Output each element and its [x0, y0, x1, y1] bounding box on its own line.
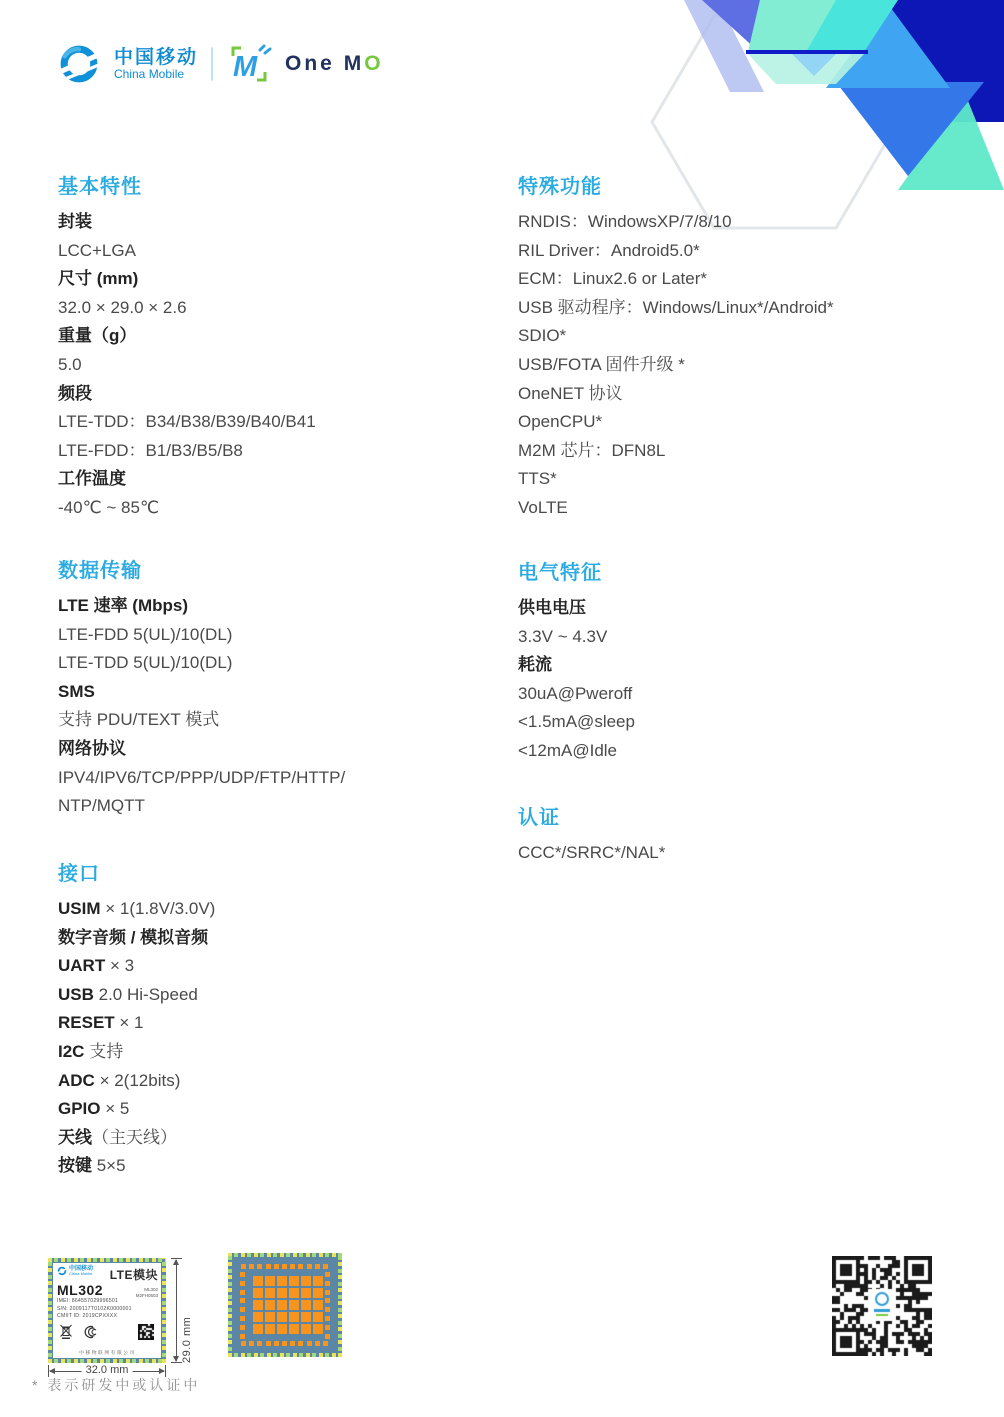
section-items: USIM × 1(1.8V/3.0V)数字音频 / 模拟音频UART × 3US… [58, 895, 503, 1181]
spec-line: -40℃ ~ 85℃ [58, 494, 503, 523]
lga-pad [301, 1312, 311, 1322]
spec-line: <1.5mA@sleep [518, 708, 963, 737]
lga-pad [277, 1300, 287, 1310]
lga-pad [277, 1276, 287, 1286]
lga-pad [249, 1341, 254, 1346]
section-special-functions: 特殊功能 RNDIS：WindowsXP/7/8/10RIL Driver：An… [518, 170, 963, 523]
lga-pad [277, 1288, 287, 1298]
module-brand: 中国移动 China Mobile [57, 1266, 93, 1276]
lga-pad [315, 1264, 320, 1269]
spec-line: RNDIS：WindowsXP/7/8/10 [518, 208, 963, 237]
spec-line: <12mA@Idle [518, 737, 963, 766]
section-title: 基本特性 [58, 170, 503, 199]
spec-line: 3.3V ~ 4.3V [518, 623, 963, 652]
lga-pad [257, 1264, 262, 1269]
lga-pad [313, 1324, 323, 1334]
section-electrical: 电气特征 供电电压3.3V ~ 4.3V耗流30uA@Pweroff<1.5mA… [518, 556, 963, 766]
brand-divider [211, 47, 213, 81]
lga-pad [274, 1341, 279, 1346]
section-title: 特殊功能 [518, 170, 963, 199]
spec-line: 封装 [58, 208, 503, 237]
footnote: * 表示研发中或认证中 [32, 1375, 200, 1395]
spec-line: RIL Driver：Android5.0* [518, 237, 963, 266]
spec-line: GPIO × 5 [58, 1095, 503, 1124]
lga-pad [307, 1264, 312, 1269]
lga-pad [307, 1341, 312, 1346]
spec-line: LTE-TDD 5(UL)/10(DL) [58, 649, 503, 678]
spec-line: 耗流 [518, 651, 963, 680]
datasheet-page: { "colors":{ "accent":"#29ABE2","ink":"#… [0, 0, 1004, 1417]
module-back-view [228, 1253, 342, 1357]
section-items: LTE 速率 (Mbps)LTE-FDD 5(UL)/10(DL)LTE-TDD… [58, 592, 503, 821]
section-title: 认证 [518, 801, 963, 830]
section-items: CCC*/SRRC*/NAL* [518, 839, 963, 868]
lga-pad [325, 1334, 330, 1339]
lga-pad [265, 1312, 275, 1322]
module-cmiit: CMIIT ID: 2019CPXXXX [57, 1313, 158, 1321]
lga-pad [289, 1288, 299, 1298]
spec-line: USB/FOTA 固件升级 * [518, 351, 963, 380]
lga-pad [290, 1341, 295, 1346]
castellation-edge [48, 1258, 166, 1262]
ccc-mark-icon [81, 1325, 101, 1339]
lga-pad [240, 1307, 245, 1312]
lga-pad [277, 1324, 287, 1334]
lga-pad [325, 1325, 330, 1330]
lga-pad [325, 1272, 330, 1277]
module-front-view: 中国移动 China Mobile LTE模块 ML302 ML302 M2FH… [48, 1258, 166, 1363]
lga-pad [274, 1264, 279, 1269]
spec-line: 支持 PDU/TEXT 模式 [58, 706, 503, 735]
dimension-height-label: 29.0 mm [181, 1258, 193, 1363]
one-mo-logo-icon: M [226, 43, 272, 85]
castellation-edge [162, 1258, 166, 1363]
lga-pad [325, 1298, 330, 1303]
spec-line: 供电电压 [518, 594, 963, 623]
section-certification: 认证 CCC*/SRRC*/NAL* [518, 801, 963, 868]
lga-pad [301, 1288, 311, 1298]
lga-pad [241, 1264, 246, 1269]
spec-line: 频段 [58, 380, 503, 409]
lga-pad [325, 1281, 330, 1286]
lga-pad [289, 1312, 299, 1322]
lga-pad [241, 1341, 246, 1346]
lga-pad [240, 1325, 245, 1330]
lga-pad [301, 1300, 311, 1310]
spec-line: 网络协议 [58, 735, 503, 764]
spec-line: LTE-FDD：B1/B3/B5/B8 [58, 437, 503, 466]
module-brand-en: China Mobile [69, 1272, 93, 1276]
header-brand: 中国移动 China Mobile M One MO [57, 40, 384, 88]
lga-pad [240, 1334, 245, 1339]
svg-text:M: M [233, 51, 258, 83]
lga-pad [253, 1276, 263, 1286]
lga-pad [253, 1300, 263, 1310]
section-items: 供电电压3.3V ~ 4.3V耗流30uA@Pweroff<1.5mA@slee… [518, 594, 963, 766]
spec-line: CCC*/SRRC*/NAL* [518, 839, 963, 868]
lga-pad [325, 1290, 330, 1295]
section-basic-features: 基本特性 封装LCC+LGA尺寸 (mm)32.0 × 29.0 × 2.6重量… [58, 170, 503, 523]
qr-code [832, 1256, 932, 1356]
section-title: 接口 [58, 857, 503, 886]
lga-pad [301, 1276, 311, 1286]
product-logo-prefix: One M [285, 52, 364, 75]
spec-line: USB 2.0 Hi-Speed [58, 981, 503, 1010]
spec-line: LTE-FDD 5(UL)/10(DL) [58, 621, 503, 650]
spec-line: 工作温度 [58, 465, 503, 494]
section-title: 数据传输 [58, 554, 503, 583]
spec-line: 30uA@Pweroff [518, 680, 963, 709]
spec-line: 32.0 × 29.0 × 2.6 [58, 294, 503, 323]
section-title: 电气特征 [518, 556, 963, 585]
lga-pad [240, 1272, 245, 1277]
spec-line: TTS* [518, 465, 963, 494]
spec-line: ADC × 2(12bits) [58, 1067, 503, 1096]
lga-pad [257, 1341, 262, 1346]
lga-pad [289, 1300, 299, 1310]
brand-name-cn: 中国移动 [114, 48, 198, 68]
spec-line: OpenCPU* [518, 408, 963, 437]
lga-pad [298, 1341, 303, 1346]
spec-line: NTP/MQTT [58, 792, 503, 821]
spec-line: IPV4/IPV6/TCP/PPP/UDP/FTP/HTTP/ [58, 764, 503, 793]
castellation-edge [48, 1258, 52, 1363]
lga-pad [266, 1264, 271, 1269]
lga-pad [313, 1312, 323, 1322]
spec-line: OneNET 协议 [518, 380, 963, 409]
spec-line: LTE 速率 (Mbps) [58, 592, 503, 621]
module-model-small: ML302 M2FH0503 [136, 1287, 158, 1298]
lga-pad [313, 1276, 323, 1286]
module-company: 中移物联网有限公司 [57, 1349, 158, 1356]
lga-pads [228, 1253, 342, 1357]
spec-line: 尺寸 (mm) [58, 265, 503, 294]
lga-pad [253, 1312, 263, 1322]
lga-pad [265, 1300, 275, 1310]
section-items: RNDIS：WindowsXP/7/8/10RIL Driver：Android… [518, 208, 963, 523]
lga-pad [249, 1264, 254, 1269]
module-imei: IMEI: 864557029996501 [57, 1298, 158, 1306]
spec-line: UART × 3 [58, 952, 503, 981]
lga-pad [253, 1288, 263, 1298]
lga-pad [325, 1316, 330, 1321]
section-interface: 接口 USIM × 1(1.8V/3.0V)数字音频 / 模拟音频UART × … [58, 857, 503, 1181]
lga-pad [240, 1316, 245, 1321]
china-mobile-logo-icon [57, 1266, 67, 1276]
brand-text: 中国移动 China Mobile [114, 48, 198, 81]
lga-pad [277, 1312, 287, 1322]
lga-pad [289, 1276, 299, 1286]
china-mobile-logo-icon [57, 42, 101, 86]
lga-pad [265, 1276, 275, 1286]
lga-pad [253, 1324, 263, 1334]
section-items: 封装LCC+LGA尺寸 (mm)32.0 × 29.0 × 2.6重量（g）5.… [58, 208, 503, 523]
section-data-transmission: 数据传输 LTE 速率 (Mbps)LTE-FDD 5(UL)/10(DL)LT… [58, 554, 503, 821]
lga-pad [290, 1264, 295, 1269]
lga-pad [301, 1324, 311, 1334]
spec-line: M2M 芯片：DFN8L [518, 437, 963, 466]
lga-pad [323, 1341, 328, 1346]
spec-line: VoLTE [518, 494, 963, 523]
lga-pad [315, 1341, 320, 1346]
datamatrix-code [138, 1324, 154, 1340]
lga-pad [298, 1264, 303, 1269]
spec-line: USIM × 1(1.8V/3.0V) [58, 895, 503, 924]
module-label: 中国移动 China Mobile LTE模块 ML302 ML302 M2FH… [53, 1263, 161, 1358]
spec-line: 天线（主天线） [58, 1124, 503, 1153]
lga-pad [282, 1264, 287, 1269]
lga-pad [325, 1307, 330, 1312]
lga-pad [313, 1288, 323, 1298]
spec-line: LTE-TDD：B34/B38/B39/B40/B41 [58, 408, 503, 437]
brand-name-en: China Mobile [114, 68, 198, 81]
lga-pad [289, 1324, 299, 1334]
spec-line: RESET × 1 [58, 1009, 503, 1038]
module-model: ML302 [57, 1282, 103, 1298]
lga-pad [266, 1341, 271, 1346]
spec-line: 数字音频 / 模拟音频 [58, 924, 503, 953]
product-logo-text: One MO [285, 52, 384, 76]
lga-pad [265, 1288, 275, 1298]
product-logo-suffix: O [364, 52, 383, 75]
spec-line: SDIO* [518, 322, 963, 351]
lga-pad [240, 1281, 245, 1286]
weee-bin-icon [60, 1324, 72, 1339]
spec-line: I2C 支持 [58, 1038, 503, 1067]
lga-pad [282, 1341, 287, 1346]
module-sn: S/N: 2009117T0102K0000001 [57, 1306, 158, 1314]
spec-line: LCC+LGA [58, 237, 503, 266]
spec-line: 按键 5×5 [58, 1152, 503, 1181]
lga-pad [240, 1298, 245, 1303]
spec-line: 5.0 [58, 351, 503, 380]
spec-line: 重量（g） [58, 322, 503, 351]
lga-pad [265, 1324, 275, 1334]
spec-line: SMS [58, 678, 503, 707]
lga-pad [323, 1264, 328, 1269]
lga-pad [313, 1300, 323, 1310]
castellation-edge [48, 1359, 166, 1363]
spec-line: ECM：Linux2.6 or Later* [518, 265, 963, 294]
spec-line: USB 驱动程序：Windows/Linux*/Android* [518, 294, 963, 323]
lga-pad [240, 1290, 245, 1295]
module-product-type: LTE模块 [110, 1266, 158, 1283]
